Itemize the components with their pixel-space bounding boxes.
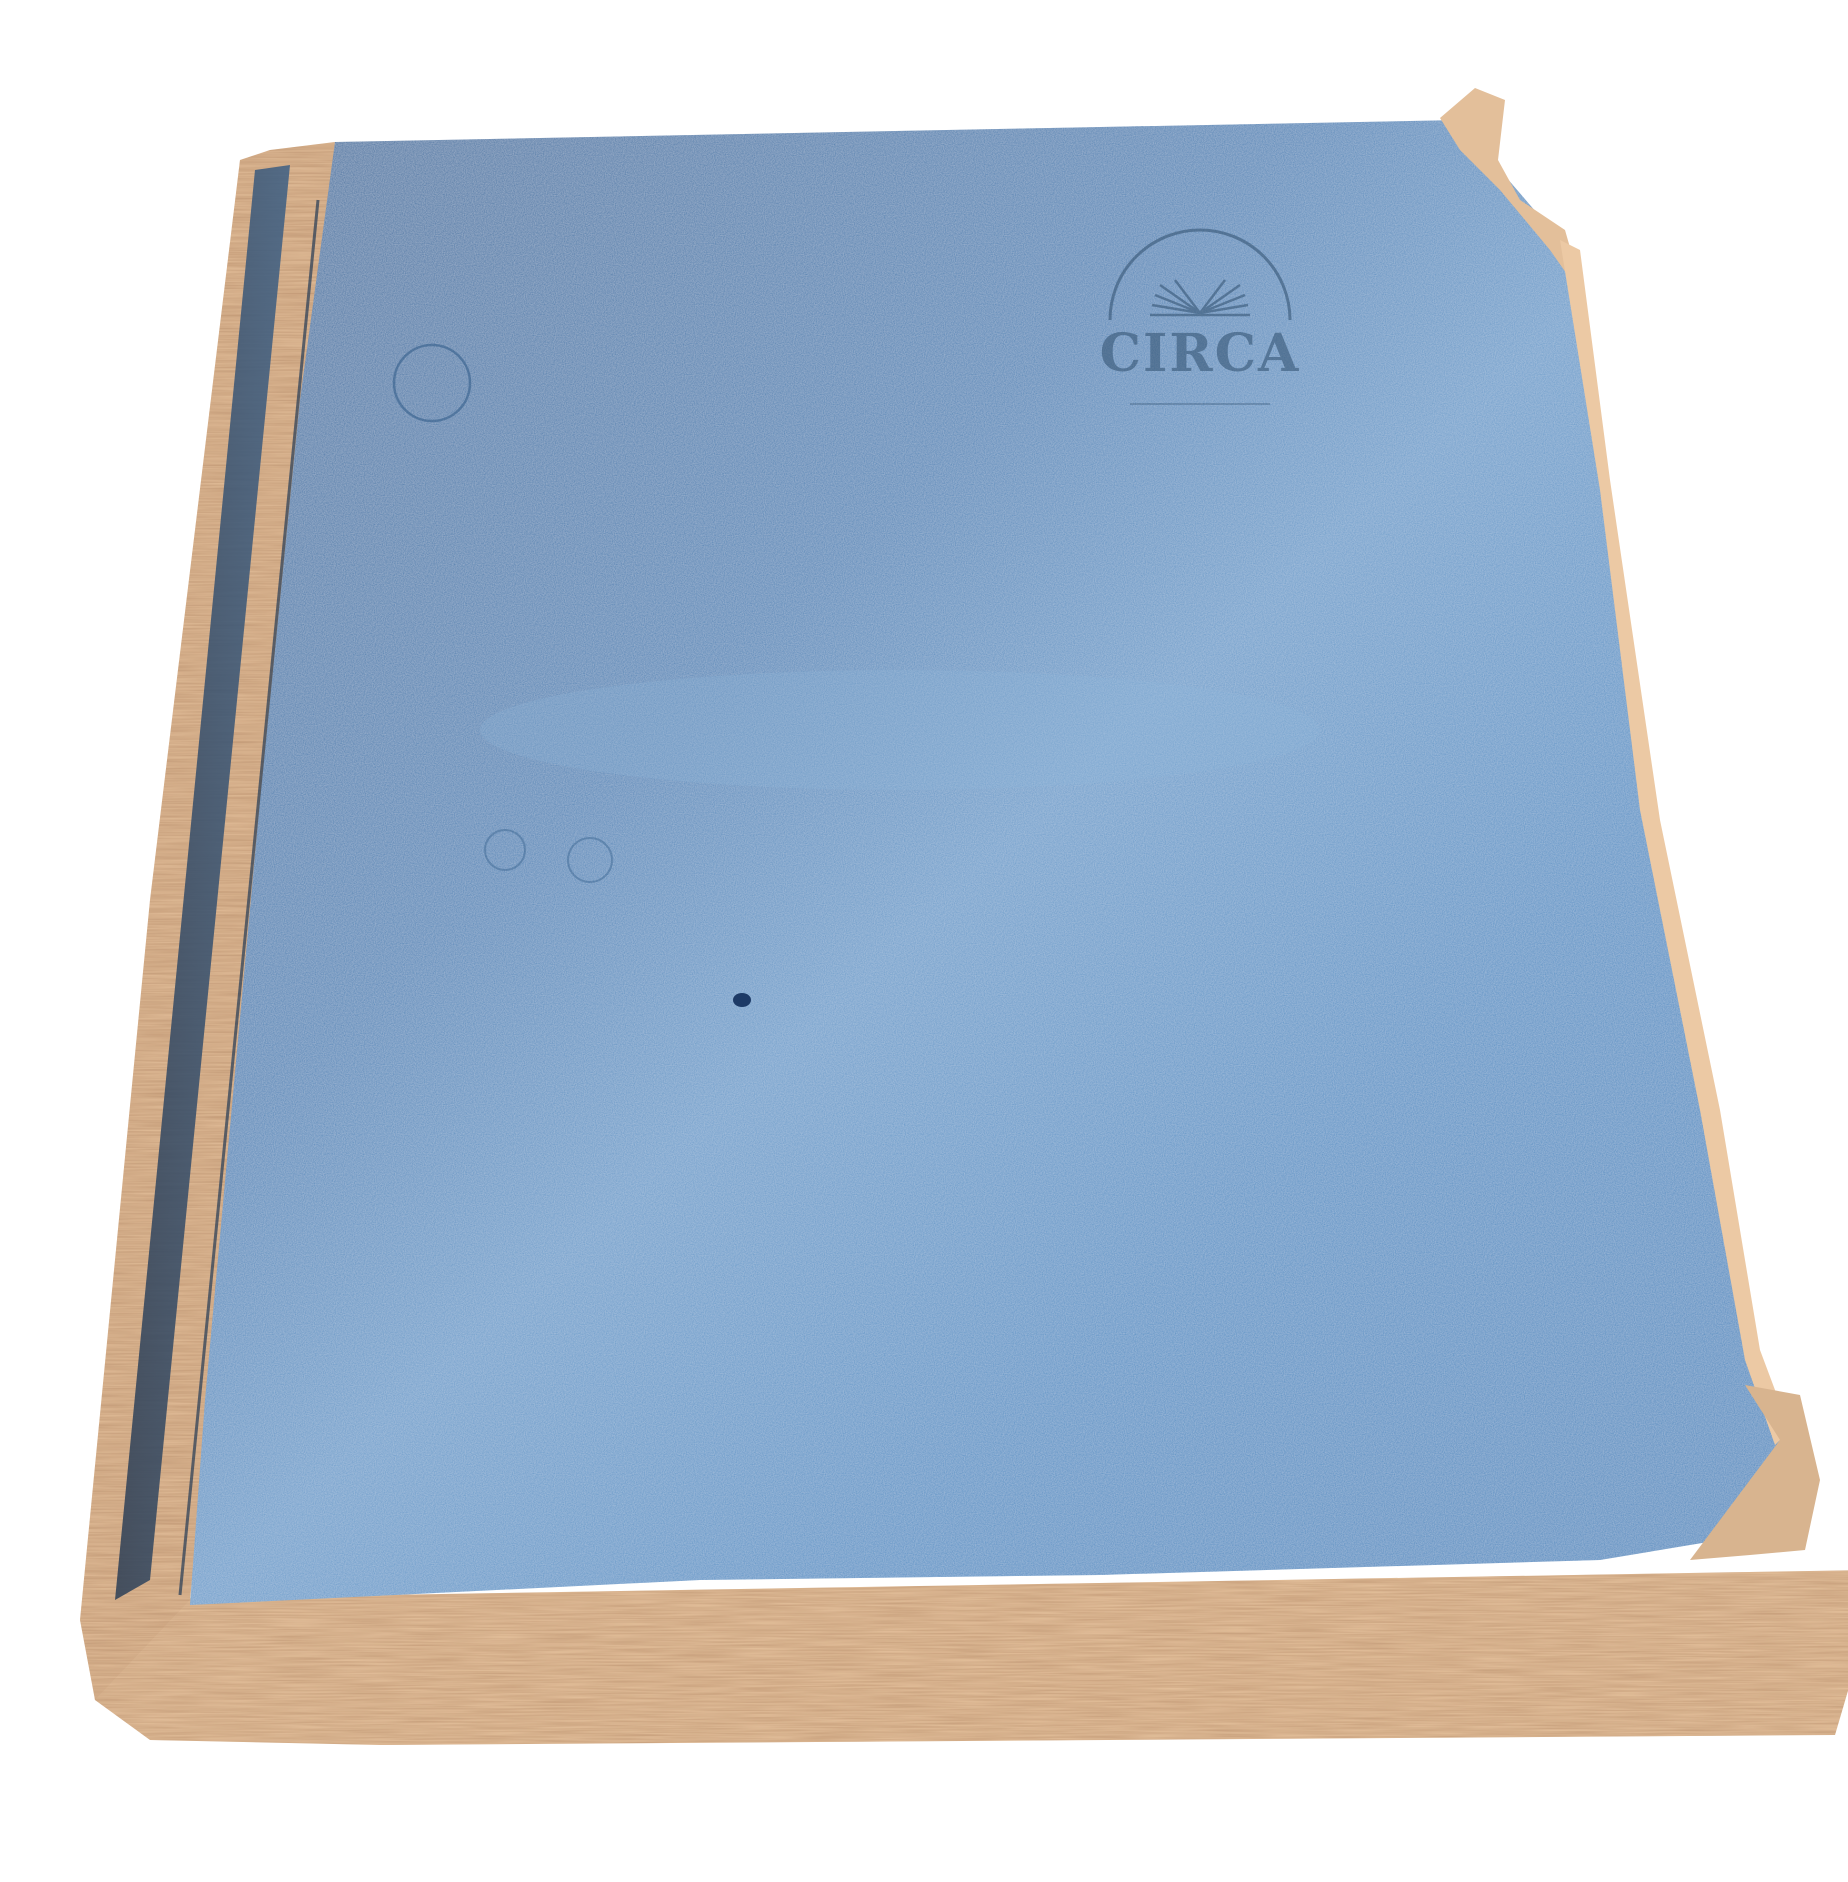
watermark-underline [1130, 403, 1270, 405]
product-photo: CIRCA [0, 0, 1848, 1882]
book-cover [190, 120, 1780, 1605]
ink-spot [733, 993, 751, 1007]
open-book-arc-icon [1080, 225, 1320, 325]
watermark-text: CIRCA [1080, 323, 1320, 384]
book-illustration [0, 0, 1848, 1882]
circa-watermark: CIRCA [1080, 225, 1320, 395]
